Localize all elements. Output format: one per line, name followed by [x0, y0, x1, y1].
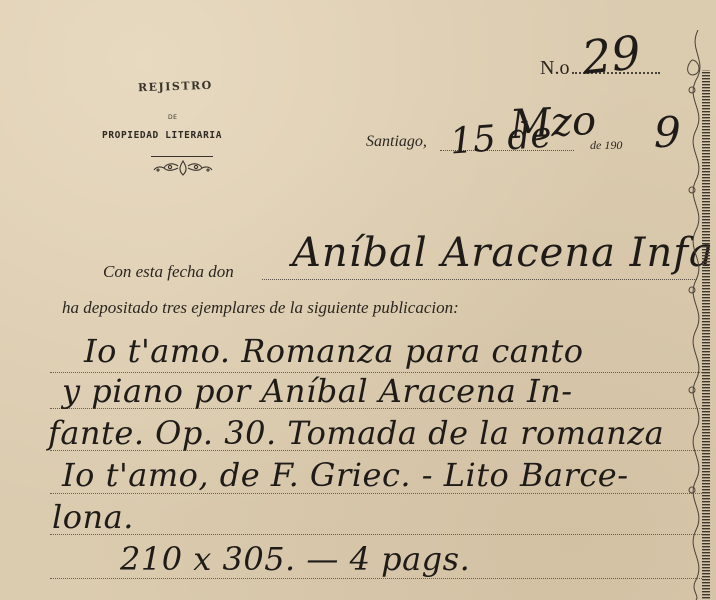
- year-prefix-de: de 190: [590, 138, 622, 153]
- depositor-label: Con esta fecha don: [103, 262, 234, 282]
- publication-line: 210 x 305. — 4 pags.: [120, 540, 470, 578]
- publication-line: Io t'amo. Romanza para canto: [84, 332, 584, 370]
- entry-dotted-line: [50, 578, 702, 579]
- year-label: de 190: [590, 138, 622, 152]
- publication-line: fante. Op. 30. Tomada de la romanza: [48, 414, 664, 452]
- publication-line: y piano por Aníbal Aracena In-: [62, 372, 573, 410]
- registry-subtitle: PROPIEDAD LITERARIA: [102, 130, 222, 141]
- number-label: N.o: [540, 57, 569, 80]
- registration-number: 29: [579, 25, 643, 85]
- fleuron-ornament-icon: [148, 158, 218, 178]
- deposit-statement: ha depositado tres ejemplares de la sigu…: [62, 298, 459, 318]
- date-month: Mzo: [509, 98, 597, 148]
- letterhead-rule: [151, 156, 213, 157]
- registry-title-text: REJISTRO: [138, 79, 213, 95]
- decorative-border-ornament: [682, 30, 716, 600]
- place-label: Santiago,: [366, 133, 427, 151]
- year-digit: 9: [654, 108, 681, 157]
- entry-dotted-line: [50, 534, 702, 535]
- publication-line: lona.: [52, 498, 134, 536]
- depositor-dotted-line: [262, 279, 697, 280]
- registry-connector: DE: [168, 114, 177, 121]
- depositor-name: Aníbal Aracena Infante: [292, 230, 716, 276]
- registry-title: REJISTRO: [118, 80, 233, 93]
- publication-line: Io t'amo, de F. Griec. - Lito Barce-: [62, 456, 629, 494]
